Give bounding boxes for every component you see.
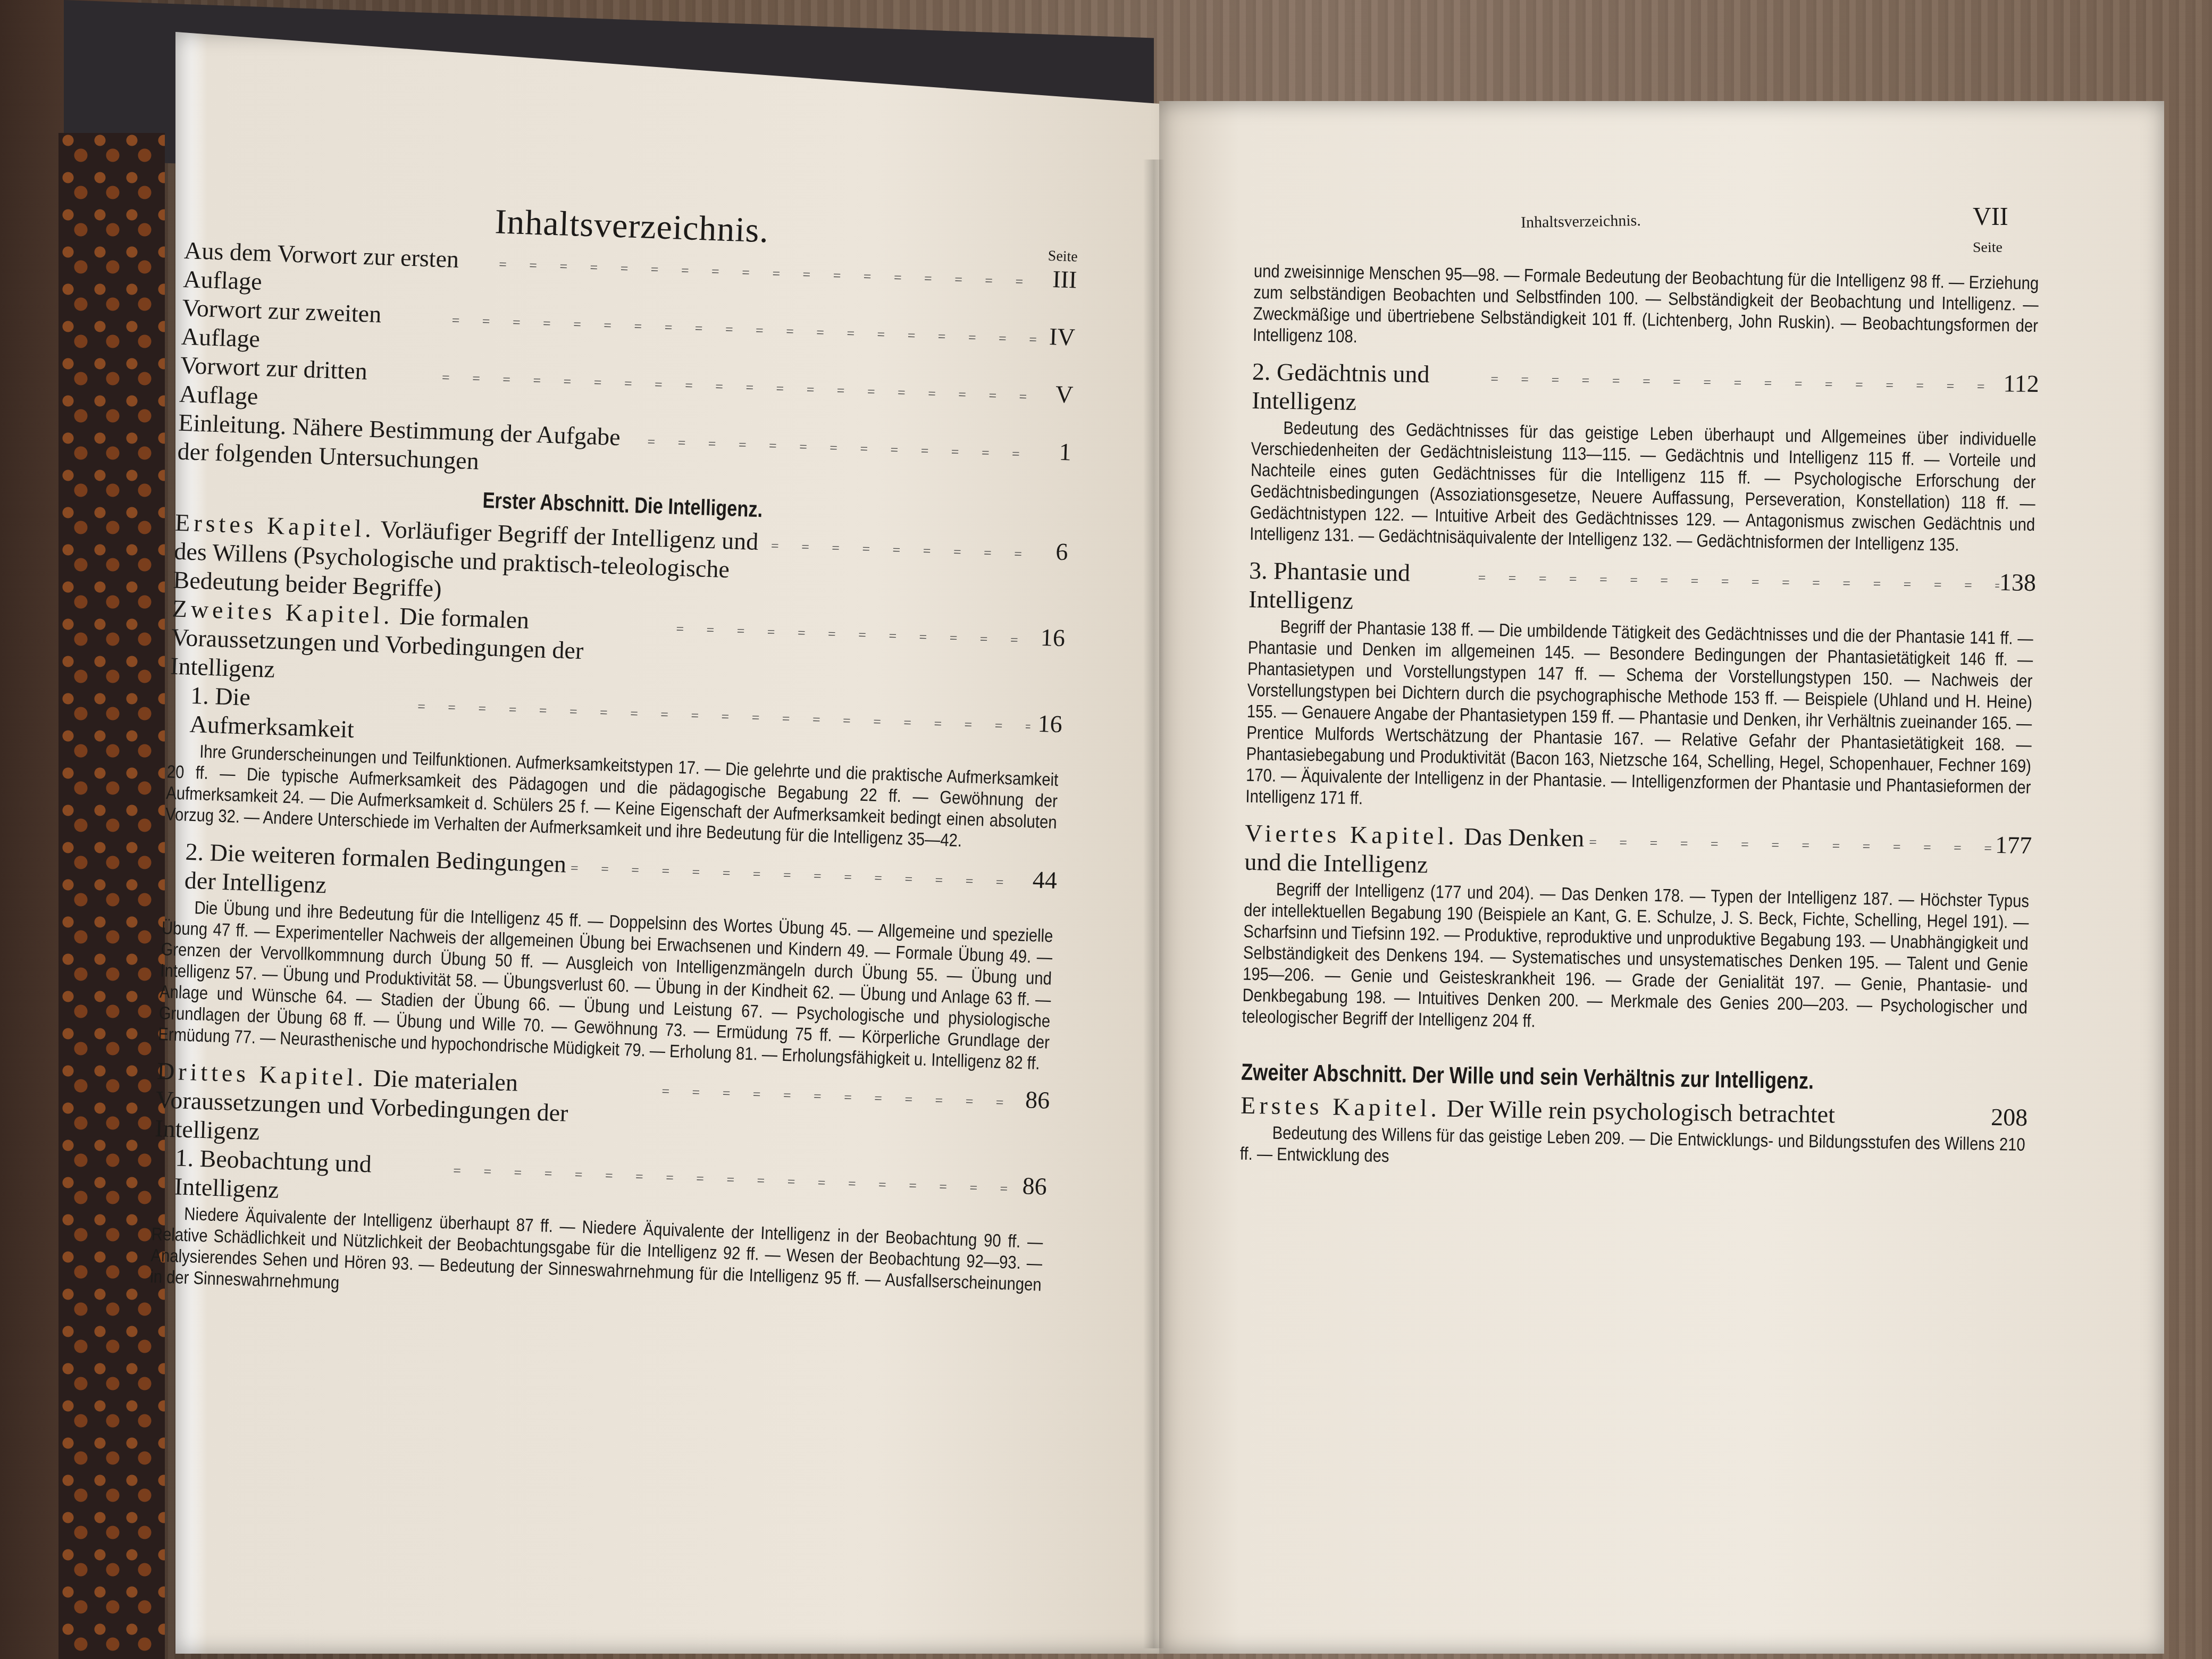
toc-subentry[interactable]: 2. Gedächtnis und Intelligenz = = = = = …	[1252, 357, 2040, 427]
right-page-content: und zweisinnige Menschen 95—98. — Formal…	[1239, 202, 2042, 1188]
leader-dots	[1835, 1122, 1991, 1125]
toc-summary: Die Übung und ihre Bedeutung für die Int…	[158, 896, 1053, 1074]
left-page-content: Inhaltsverzeichnis. Seite Aus dem Vorwor…	[149, 191, 1079, 1329]
page-number: 112	[2003, 369, 2039, 398]
leader-dots: = = = = = = = = = = = = = = = = = = = = …	[672, 615, 1034, 656]
page-number: 6	[1036, 537, 1069, 566]
page-number: 16	[1030, 709, 1063, 739]
leader-dots: = = = = = = = = = = = = = = = = = = = = …	[566, 853, 1025, 898]
page-number: IV	[1043, 322, 1076, 352]
leader-dots: = = = = = = = = = = = = = = = = = = = = …	[1486, 365, 2004, 401]
leader-dots: = = = = = = = = = = = = = = = = = = = = …	[766, 532, 1036, 569]
chapter-kapitel: Viertes Kapitel.	[1245, 819, 1458, 850]
leader-dots: = = = = = = = = = = = = = = = = = = = = …	[1473, 564, 1999, 601]
page-number: 1	[1039, 437, 1072, 466]
leader-dots: = = = = = = = = = = = = = = = = = = = = …	[657, 1077, 1018, 1117]
page-number: III	[1045, 265, 1078, 295]
page-number: 16	[1033, 623, 1066, 652]
toc-summary: Begriff der Intelligenz (177 und 204). —…	[1242, 878, 2030, 1040]
toc-summary-continued: und zweisinnige Menschen 95—98. — Formal…	[1253, 261, 2039, 358]
page-number: 208	[1991, 1103, 2028, 1132]
toc-summary: Bedeutung des Gedächtnisses für das geis…	[1250, 417, 2037, 557]
page-number: 86	[1017, 1085, 1050, 1115]
toc-subentry[interactable]: 3. Phantasie und Intelligenz = = = = = =…	[1249, 556, 2037, 626]
page-number: 44	[1025, 865, 1058, 895]
section-heading: Zweiter Abschnitt. Der Wille und sein Ve…	[1241, 1059, 1887, 1096]
page-number: 177	[1995, 831, 2032, 860]
page-number: V	[1041, 380, 1074, 409]
leader-dots: = = = = = = = = = = = = = = = = = = = = …	[1585, 828, 1996, 863]
page-number: 86	[1015, 1171, 1048, 1201]
chapter-kapitel: Drittes Kapitel.	[156, 1057, 367, 1091]
chapter-kapitel: Erstes Kapitel.	[1241, 1092, 1441, 1122]
book-gutter	[1143, 160, 1164, 1648]
toc-summary: Begriff der Phantasie 138 ff. — Die umbi…	[1245, 616, 2033, 819]
chapter-kapitel: Erstes Kapitel.	[175, 509, 375, 542]
toc-chapter[interactable]: Viertes Kapitel. Das Denken und die Inte…	[1244, 819, 2032, 889]
page-number: 138	[1999, 568, 2037, 597]
